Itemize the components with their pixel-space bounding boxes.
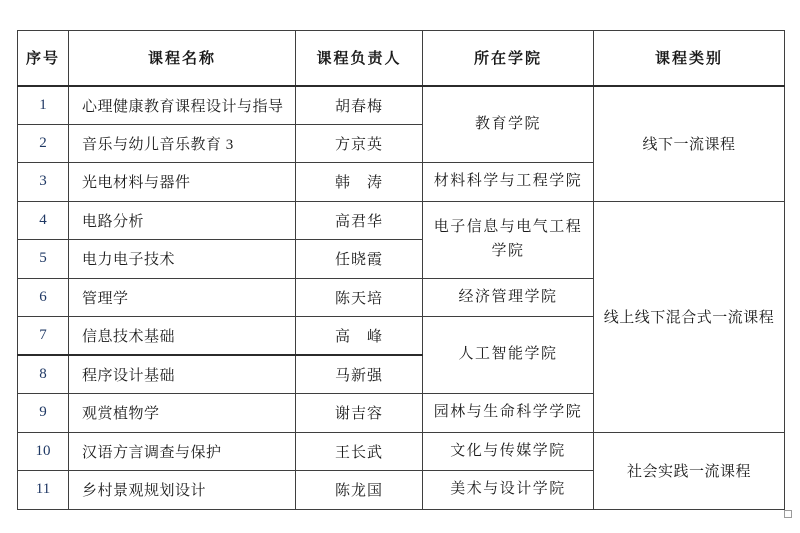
header-college: 所在学院 <box>423 31 594 86</box>
category-cell-blended: 线上线下混合式一流课程 <box>594 201 785 432</box>
course-name: 心理健康教育课程设计与指导 <box>69 86 296 125</box>
document-page: 序号 课程名称 课程负责人 所在学院 课程类别 1 心理健康教育课程设计与指导 … <box>0 0 800 533</box>
header-course-leader: 课程负责人 <box>296 31 423 86</box>
row-number: 6 <box>18 278 69 317</box>
header-no: 序号 <box>18 31 69 86</box>
course-leader: 谢吉容 <box>296 394 423 433</box>
course-name: 乡村景观规划设计 <box>69 471 296 510</box>
course-leader: 胡春梅 <box>296 86 423 125</box>
course-leader: 王长武 <box>296 432 423 471</box>
course-name: 电力电子技术 <box>69 240 296 279</box>
course-leader: 陈天培 <box>296 278 423 317</box>
college-cell-culture: 文化与传媒学院 <box>423 432 594 471</box>
course-leader: 马新强 <box>296 355 423 394</box>
course-name: 管理学 <box>69 278 296 317</box>
row-number: 8 <box>18 355 69 394</box>
college-cell-education: 教育学院 <box>423 86 594 163</box>
row-number: 2 <box>18 124 69 163</box>
college-cell-ai: 人工智能学院 <box>423 317 594 394</box>
row-number: 3 <box>18 163 69 202</box>
row-number: 7 <box>18 317 69 356</box>
row-number: 5 <box>18 240 69 279</box>
header-category: 课程类别 <box>594 31 785 86</box>
course-leader: 高 峰 <box>296 317 423 356</box>
college-cell-horticulture: 园林与生命科学学院 <box>423 394 594 433</box>
row-number: 11 <box>18 471 69 510</box>
college-cell-electronic: 电子信息与电气工程学院 <box>423 201 594 278</box>
row-number: 10 <box>18 432 69 471</box>
course-leader: 韩 涛 <box>296 163 423 202</box>
table-row: 4 电路分析 高君华 电子信息与电气工程学院 线上线下混合式一流课程 <box>18 201 785 240</box>
college-cell-materials: 材料科学与工程学院 <box>423 163 594 202</box>
row-number: 9 <box>18 394 69 433</box>
header-course-name: 课程名称 <box>69 31 296 86</box>
header-row: 序号 课程名称 课程负责人 所在学院 课程类别 <box>18 31 785 86</box>
course-table: 序号 课程名称 课程负责人 所在学院 课程类别 1 心理健康教育课程设计与指导 … <box>17 30 785 510</box>
table-row: 10 汉语方言调查与保护 王长武 文化与传媒学院 社会实践一流课程 <box>18 432 785 471</box>
course-name: 电路分析 <box>69 201 296 240</box>
course-name: 光电材料与器件 <box>69 163 296 202</box>
category-cell-practice: 社会实践一流课程 <box>594 432 785 509</box>
course-leader: 任晓霞 <box>296 240 423 279</box>
table-row: 1 心理健康教育课程设计与指导 胡春梅 教育学院 线下一流课程 <box>18 86 785 125</box>
category-cell-offline: 线下一流课程 <box>594 86 785 202</box>
course-name: 信息技术基础 <box>69 317 296 356</box>
table-resize-handle[interactable] <box>784 510 792 518</box>
course-name: 观赏植物学 <box>69 394 296 433</box>
course-leader: 高君华 <box>296 201 423 240</box>
row-number: 4 <box>18 201 69 240</box>
college-cell-economics: 经济管理学院 <box>423 278 594 317</box>
course-leader: 方京英 <box>296 124 423 163</box>
row-number: 1 <box>18 86 69 125</box>
course-leader: 陈龙国 <box>296 471 423 510</box>
course-name: 音乐与幼儿音乐教育 3 <box>69 124 296 163</box>
course-name: 程序设计基础 <box>69 355 296 394</box>
college-cell-art: 美术与设计学院 <box>423 471 594 510</box>
course-name: 汉语方言调查与保护 <box>69 432 296 471</box>
